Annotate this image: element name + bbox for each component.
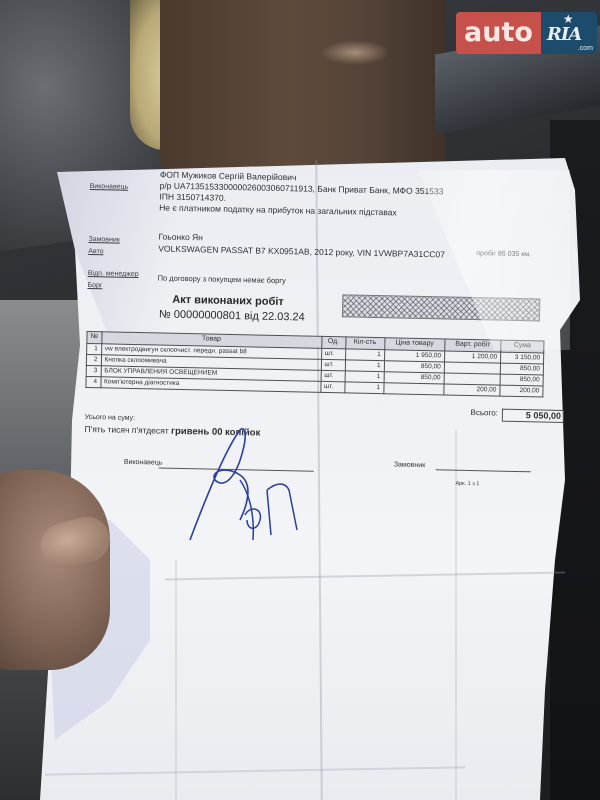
sum-in-words: П'ять тисяч п'ятдесят гривень 00 копійок bbox=[84, 424, 260, 440]
fold-line bbox=[45, 766, 465, 775]
executor-signature-label: Виконавець bbox=[124, 459, 163, 469]
executor-tax-status: Не є платником податку на прибуток на за… bbox=[159, 202, 397, 218]
leg-background bbox=[160, 0, 445, 170]
debt-status: По договору з покупцем немає боргу bbox=[158, 273, 286, 285]
fold-line bbox=[175, 560, 177, 800]
sum-label: Усього на суму: bbox=[85, 414, 135, 424]
table-header-row: № Товар Од. Кіл-сть Ціна товару Варт. ро… bbox=[87, 331, 544, 352]
label-debt: Борг bbox=[87, 282, 102, 291]
executor-account: р/р UA713515330000026003060711913, Банк … bbox=[160, 180, 444, 197]
light-glare bbox=[380, 170, 570, 350]
fold-line bbox=[455, 430, 457, 800]
fold-line bbox=[315, 160, 323, 800]
car-mileage: пробіг 86 035 км. bbox=[476, 250, 531, 260]
autoria-watermark: auto ★ RIA .com bbox=[456, 12, 597, 54]
label-manager: Відп. менеджер bbox=[88, 270, 139, 280]
page-number: Арк. 1 з 1 bbox=[455, 481, 479, 488]
col-work: Варт. робіт bbox=[445, 339, 501, 352]
customer-signature-line bbox=[436, 469, 531, 472]
table-row: 3 БЛОК УПРАВЛЕНИЯ ОСВЕЩЕНИЕМ шт. 1 850,0… bbox=[86, 365, 543, 386]
barcode bbox=[342, 294, 540, 321]
label-car: Авто bbox=[88, 248, 103, 257]
car-info: VOLKSWAGEN PASSAT B7 KX0951AB, 2012 року… bbox=[158, 243, 445, 260]
customer-name: Гоьонко Ян bbox=[158, 231, 203, 243]
executor-tax-id: ІПН 3150714370. bbox=[159, 191, 226, 203]
col-price: Ціна товару bbox=[384, 338, 444, 351]
items-table: № Товар Од. Кіл-сть Ціна товару Варт. ро… bbox=[85, 331, 544, 398]
executor-signature-line bbox=[159, 468, 314, 472]
light-reflection bbox=[320, 40, 390, 65]
col-qty: Кіл-сть bbox=[345, 337, 384, 350]
act-document: Виконавець ФОП Мужиков Сергій Валерійови… bbox=[83, 168, 560, 508]
handwritten-signature bbox=[185, 420, 315, 570]
watermark-auto: auto bbox=[456, 12, 541, 54]
dark-background bbox=[550, 120, 600, 800]
hand bbox=[0, 470, 110, 670]
table-row: 1 vw електродвигун склоочист. передн. pa… bbox=[87, 343, 544, 364]
fold-line bbox=[165, 572, 565, 581]
total-label: Всього: bbox=[457, 408, 502, 422]
col-item: Товар bbox=[101, 332, 321, 348]
document-title: Акт виконаних робіт bbox=[172, 294, 284, 310]
executor-name: ФОП Мужиков Сергій Валерійович bbox=[160, 169, 297, 182]
document-number: № 00000000801 від 22.03.24 bbox=[159, 308, 305, 325]
watermark-ria: ★ RIA .com bbox=[541, 12, 597, 54]
col-sum: Сума bbox=[501, 340, 544, 353]
customer-signature-label: Замовник bbox=[394, 461, 426, 470]
total-row: Всього: 5 050,00 bbox=[457, 408, 564, 423]
table-row: 4 Комп'ютерна діагностика шт. 1 200,00 2… bbox=[86, 377, 543, 398]
col-unit: Од. bbox=[321, 336, 345, 348]
table-row: 2 Кнопка склоомивача шт. 1 850,00 850,00 bbox=[86, 354, 543, 375]
label-customer: Замовник bbox=[88, 236, 120, 245]
